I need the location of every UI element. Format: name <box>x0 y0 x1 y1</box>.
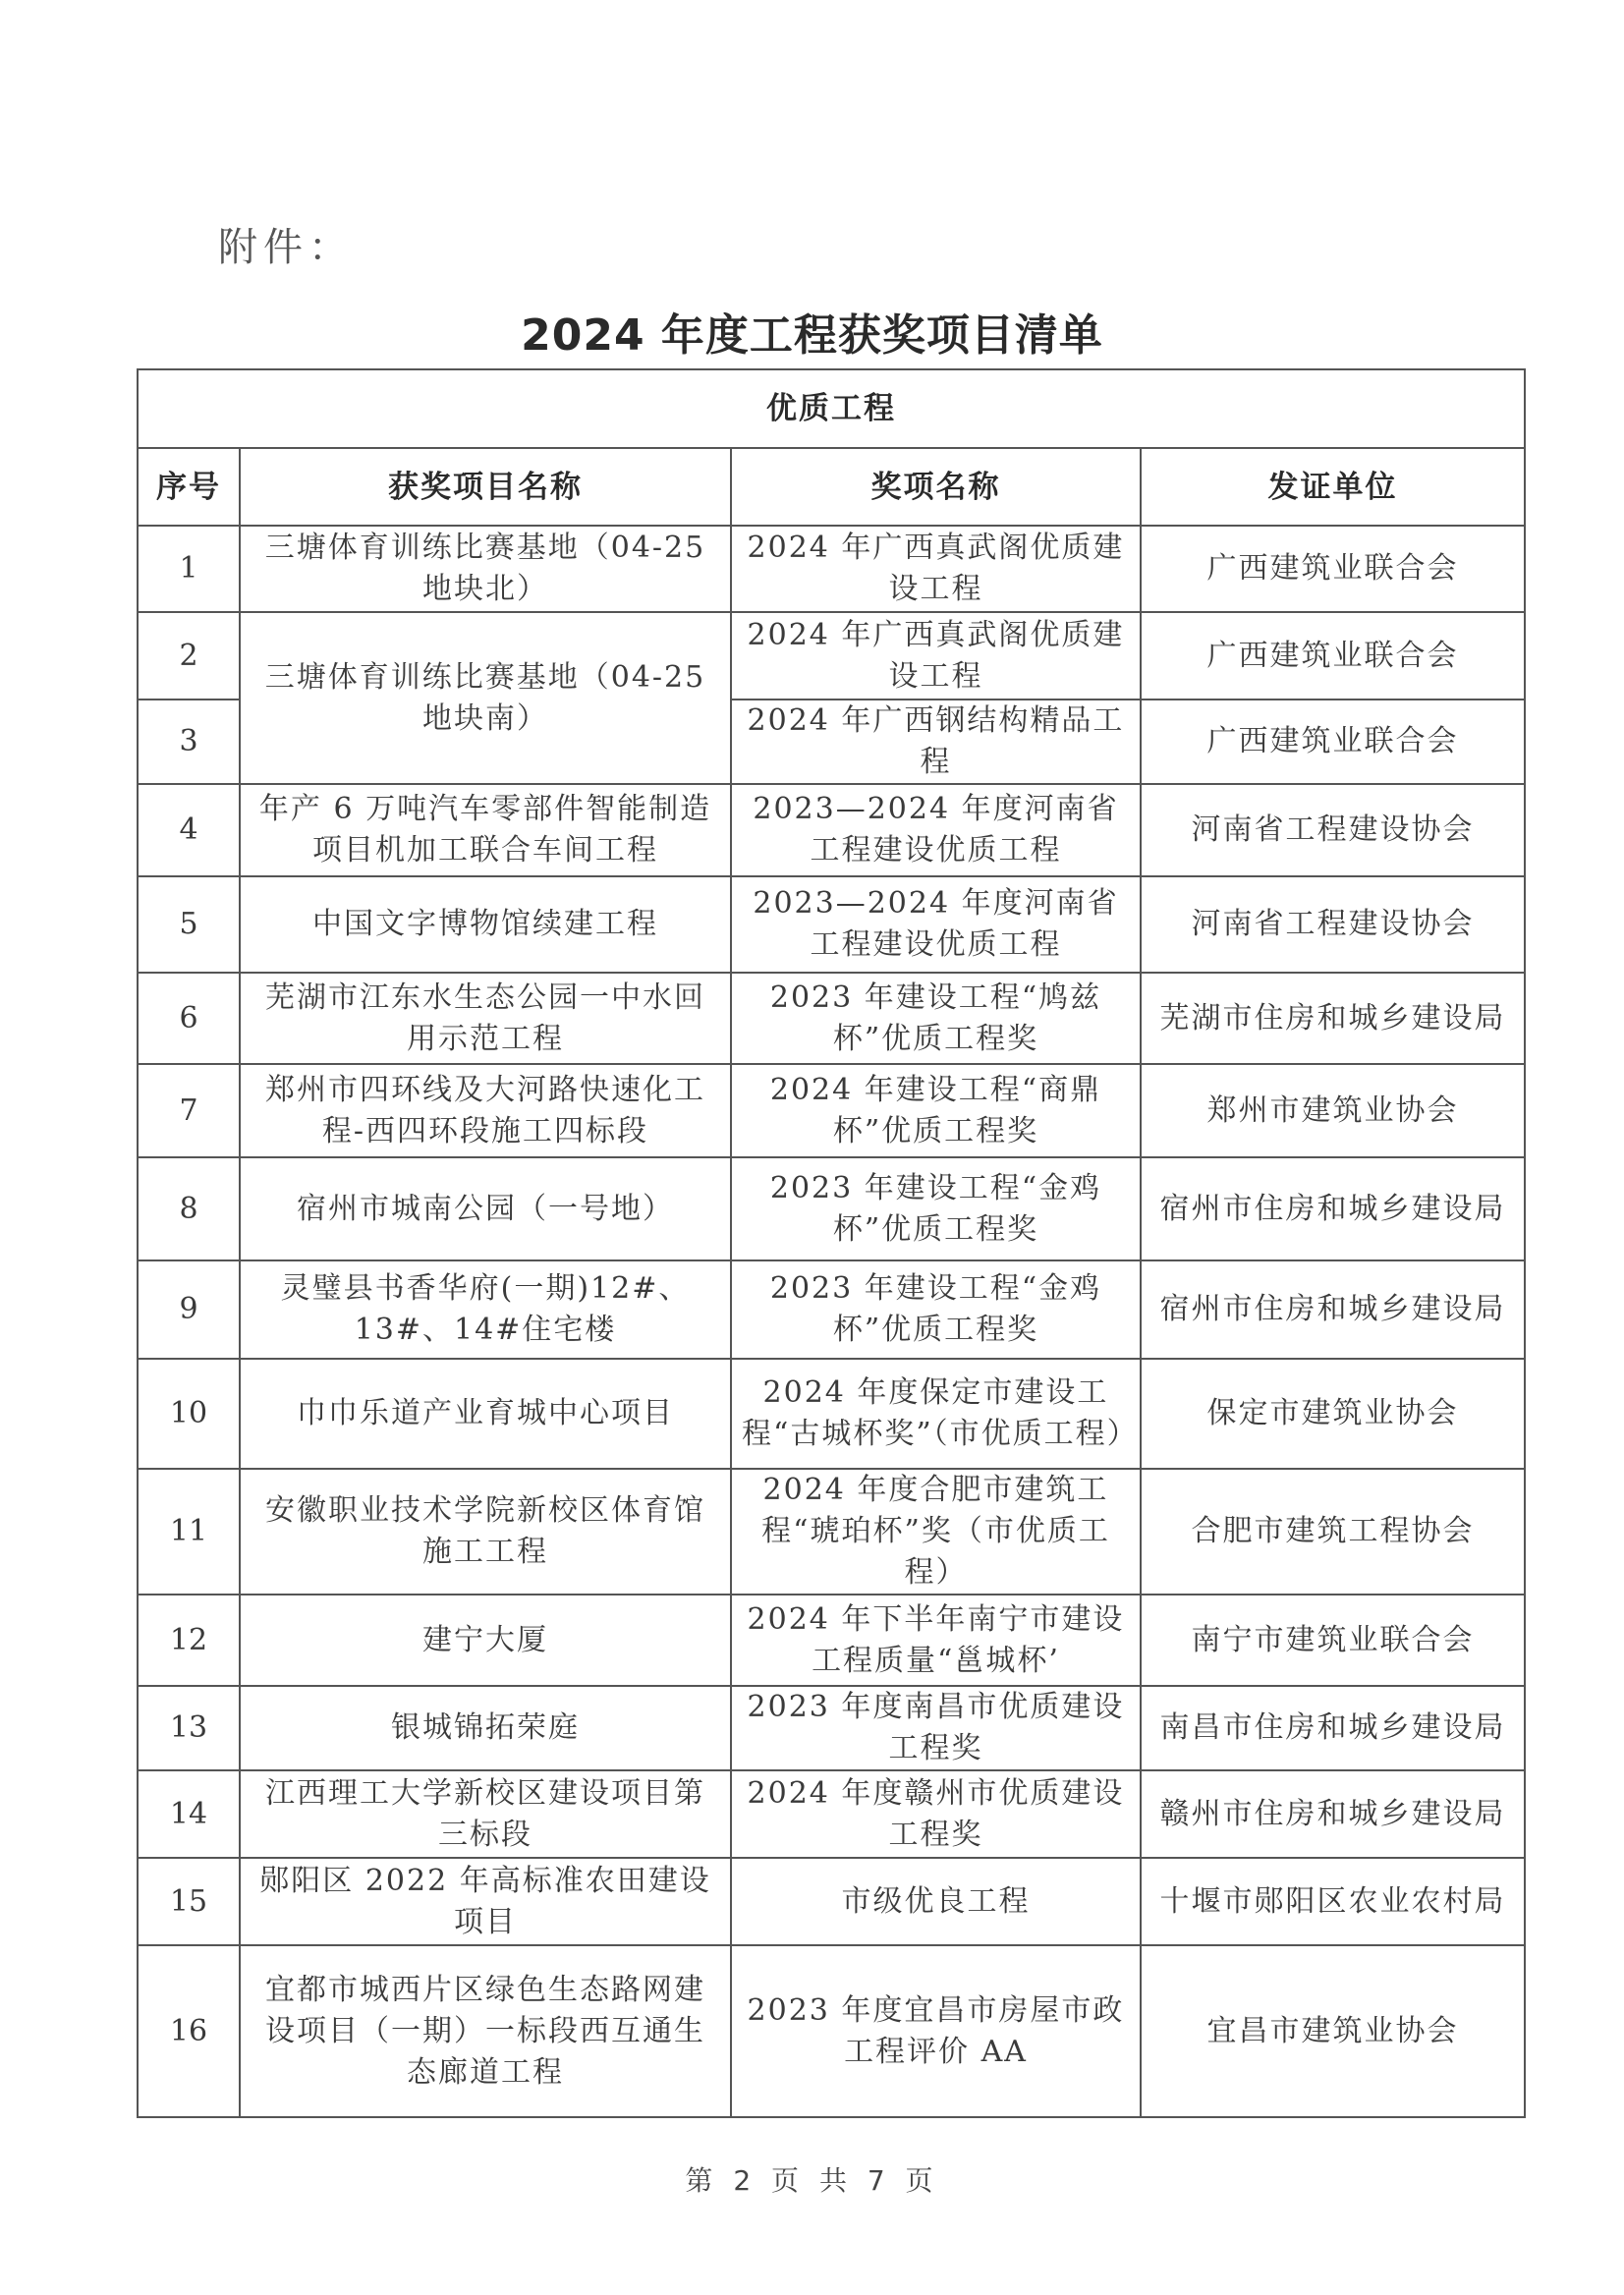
award-name: 2023—2024 年度河南省工程建设优质工程 <box>731 876 1141 973</box>
issuer-name: 赣州市住房和城乡建设局 <box>1141 1770 1525 1858</box>
award-name: 2023 年度宜昌市房屋市政工程评价 AA <box>731 1945 1141 2117</box>
issuer-name: 十堰市郧阳区农业农村局 <box>1141 1858 1525 1945</box>
project-name: 巾巾乐道产业育城中心项目 <box>240 1359 731 1469</box>
row-number: 16 <box>138 1945 240 2117</box>
project-name: 郑州市四环线及大河路快速化工程-西四环段施工四标段 <box>240 1064 731 1157</box>
table-row: 6 芜湖市江东水生态公园一中水回用示范工程 2023 年建设工程“鸠兹杯”优质工… <box>138 973 1525 1064</box>
table-row: 9 灵璧县书香华府(一期)12#、13#、14#住宅楼 2023 年建设工程“金… <box>138 1260 1525 1359</box>
issuer-name: 广西建筑业联合会 <box>1141 612 1525 700</box>
award-name: 2023—2024 年度河南省工程建设优质工程 <box>731 784 1141 876</box>
row-number: 2 <box>138 612 240 700</box>
project-name: 宜都市城西片区绿色生态路网建设项目（一期）一标段西互通生态廊道工程 <box>240 1945 731 2117</box>
award-name: 市级优良工程 <box>731 1858 1141 1945</box>
award-name: 2024 年下半年南宁市建设工程质量“邕城杯’ <box>731 1595 1141 1686</box>
row-number: 8 <box>138 1157 240 1260</box>
table-row: 13 银城锦拓荣庭 2023 年度南昌市优质建设工程奖 南昌市住房和城乡建设局 <box>138 1686 1525 1770</box>
issuer-name: 河南省工程建设协会 <box>1141 876 1525 973</box>
project-name: 三塘体育训练比赛基地（04-25地块北） <box>240 526 731 612</box>
project-name: 银城锦拓荣庭 <box>240 1686 731 1770</box>
column-header-project: 获奖项目名称 <box>240 448 731 526</box>
attachment-label: 附件： <box>218 216 354 272</box>
project-name: 芜湖市江东水生态公园一中水回用示范工程 <box>240 973 731 1064</box>
table-row: 1 三塘体育训练比赛基地（04-25地块北） 2024 年广西真武阁优质建设工程… <box>138 526 1525 612</box>
issuer-name: 南宁市建筑业联合会 <box>1141 1595 1525 1686</box>
table-row: 11 安徽职业技术学院新校区体育馆施工工程 2024 年度合肥市建筑工程“琥珀杯… <box>138 1469 1525 1595</box>
table-row: 5 中国文字博物馆续建工程 2023—2024 年度河南省工程建设优质工程 河南… <box>138 876 1525 973</box>
issuer-name: 广西建筑业联合会 <box>1141 700 1525 784</box>
project-name: 宿州市城南公园（一号地） <box>240 1157 731 1260</box>
column-header-award: 奖项名称 <box>731 448 1141 526</box>
row-number: 10 <box>138 1359 240 1469</box>
page-title: 2024 年度工程获奖项目清单 <box>0 300 1624 363</box>
row-number: 7 <box>138 1064 240 1157</box>
award-name: 2023 年建设工程“金鸡杯”优质工程奖 <box>731 1157 1141 1260</box>
table-row: 4 年产 6 万吨汽车零部件智能制造项目机加工联合车间工程 2023—2024 … <box>138 784 1525 876</box>
table-row: 12 建宁大厦 2024 年下半年南宁市建设工程质量“邕城杯’ 南宁市建筑业联合… <box>138 1595 1525 1686</box>
award-name: 2023 年建设工程“金鸡杯”优质工程奖 <box>731 1260 1141 1359</box>
row-number: 5 <box>138 876 240 973</box>
award-table: 优质工程 序号 获奖项目名称 奖项名称 发证单位 1 三塘体育训练比赛基地（04… <box>137 368 1526 2118</box>
project-name: 中国文字博物馆续建工程 <box>240 876 731 973</box>
project-name: 江西理工大学新校区建设项目第三标段 <box>240 1770 731 1858</box>
award-name: 2023 年度南昌市优质建设工程奖 <box>731 1686 1141 1770</box>
row-number: 4 <box>138 784 240 876</box>
project-name: 安徽职业技术学院新校区体育馆施工工程 <box>240 1469 731 1595</box>
row-number: 3 <box>138 700 240 784</box>
award-name: 2024 年度合肥市建筑工程“琥珀杯”奖（市优质工程） <box>731 1469 1141 1595</box>
row-number: 13 <box>138 1686 240 1770</box>
issuer-name: 芜湖市住房和城乡建设局 <box>1141 973 1525 1064</box>
table-row: 7 郑州市四环线及大河路快速化工程-西四环段施工四标段 2024 年建设工程“商… <box>138 1064 1525 1157</box>
row-number: 12 <box>138 1595 240 1686</box>
table-row: 14 江西理工大学新校区建设项目第三标段 2024 年度赣州市优质建设工程奖 赣… <box>138 1770 1525 1858</box>
project-name: 郧阳区 2022 年高标准农田建设项目 <box>240 1858 731 1945</box>
issuer-name: 合肥市建筑工程协会 <box>1141 1469 1525 1595</box>
row-number: 9 <box>138 1260 240 1359</box>
award-name: 2024 年度保定市建设工程“古城杯奖”（市优质工程） <box>731 1359 1141 1469</box>
issuer-name: 宜昌市建筑业协会 <box>1141 1945 1525 2117</box>
row-number: 6 <box>138 973 240 1064</box>
table-row: 8 宿州市城南公园（一号地） 2023 年建设工程“金鸡杯”优质工程奖 宿州市住… <box>138 1157 1525 1260</box>
project-name: 三塘体育训练比赛基地（04-25地块南） <box>240 612 731 784</box>
award-name: 2024 年广西真武阁优质建设工程 <box>731 526 1141 612</box>
issuer-name: 郑州市建筑业协会 <box>1141 1064 1525 1157</box>
column-header-issuer: 发证单位 <box>1141 448 1525 526</box>
table-row: 16 宜都市城西片区绿色生态路网建设项目（一期）一标段西互通生态廊道工程 202… <box>138 1945 1525 2117</box>
award-name: 2024 年度赣州市优质建设工程奖 <box>731 1770 1141 1858</box>
award-name: 2023 年建设工程“鸠兹杯”优质工程奖 <box>731 973 1141 1064</box>
project-name: 年产 6 万吨汽车零部件智能制造项目机加工联合车间工程 <box>240 784 731 876</box>
issuer-name: 河南省工程建设协会 <box>1141 784 1525 876</box>
section-title: 优质工程 <box>138 369 1525 448</box>
page-footer: 第 2 页 共 7 页 <box>0 2159 1624 2199</box>
issuer-name: 南昌市住房和城乡建设局 <box>1141 1686 1525 1770</box>
project-name: 灵璧县书香华府(一期)12#、13#、14#住宅楼 <box>240 1260 731 1359</box>
issuer-name: 宿州市住房和城乡建设局 <box>1141 1157 1525 1260</box>
award-name: 2024 年广西真武阁优质建设工程 <box>731 612 1141 700</box>
issuer-name: 宿州市住房和城乡建设局 <box>1141 1260 1525 1359</box>
row-number: 1 <box>138 526 240 612</box>
project-name: 建宁大厦 <box>240 1595 731 1686</box>
row-number: 14 <box>138 1770 240 1858</box>
issuer-name: 广西建筑业联合会 <box>1141 526 1525 612</box>
row-number: 15 <box>138 1858 240 1945</box>
table-row: 10 巾巾乐道产业育城中心项目 2024 年度保定市建设工程“古城杯奖”（市优质… <box>138 1359 1525 1469</box>
table-row: 15 郧阳区 2022 年高标准农田建设项目 市级优良工程 十堰市郧阳区农业农村… <box>138 1858 1525 1945</box>
award-name: 2024 年建设工程“商鼎杯”优质工程奖 <box>731 1064 1141 1157</box>
issuer-name: 保定市建筑业协会 <box>1141 1359 1525 1469</box>
table-row: 2 三塘体育训练比赛基地（04-25地块南） 2024 年广西真武阁优质建设工程… <box>138 612 1525 700</box>
column-header-no: 序号 <box>138 448 240 526</box>
award-name: 2024 年广西钢结构精品工程 <box>731 700 1141 784</box>
row-number: 11 <box>138 1469 240 1595</box>
